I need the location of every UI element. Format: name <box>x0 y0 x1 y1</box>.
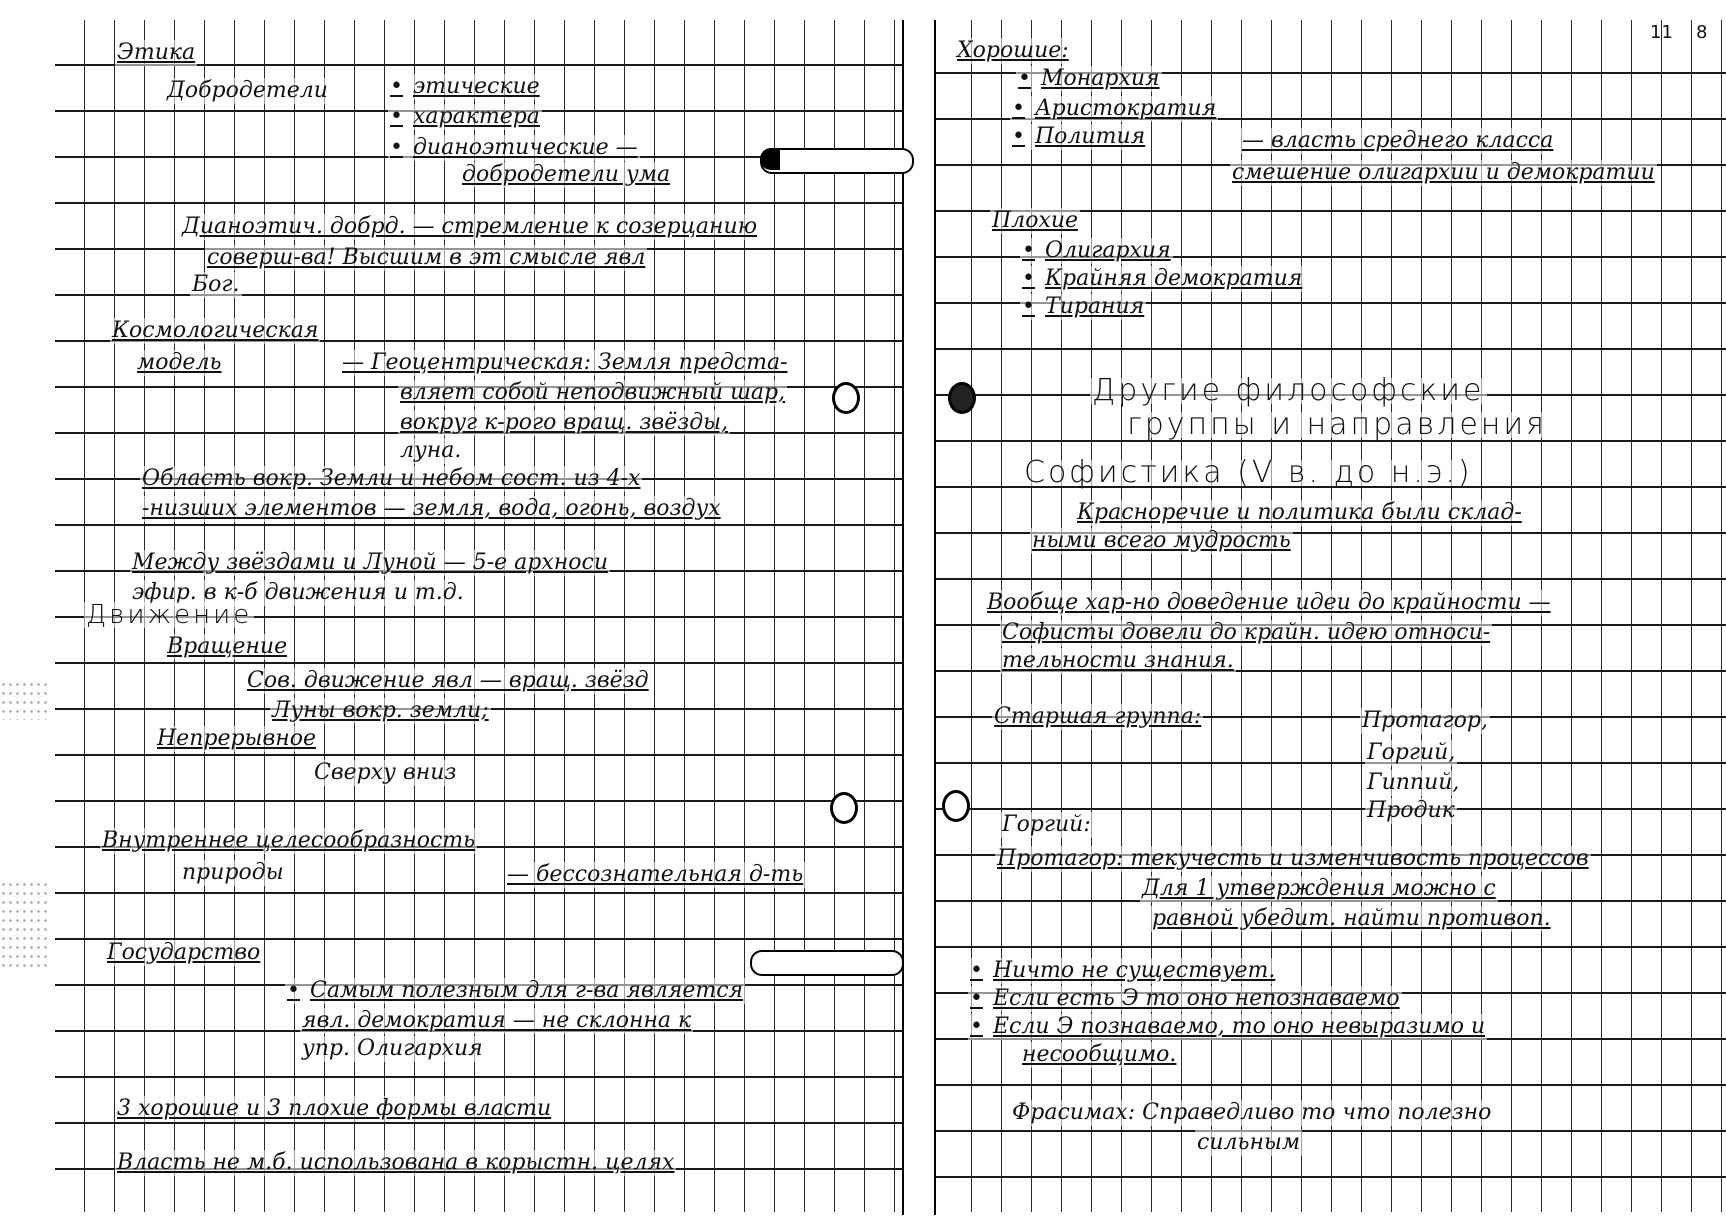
line-incommunicable: несообщимо. <box>1020 1042 1178 1068</box>
line-unconscious: — бессознательная д-ть <box>505 862 805 888</box>
punch-hole <box>832 382 860 414</box>
heading-ethics: Этика <box>115 40 197 66</box>
line-middle-class: — власть среднего класса <box>1240 128 1555 154</box>
bullet-tyranny: Тирания <box>1020 294 1146 320</box>
line-statement: Для 1 утверждения можно с <box>1140 876 1498 902</box>
title-other-schools: Другие философские <box>1090 378 1487 404</box>
line-geocentric-2: вляет собой неподвижный шар, <box>398 380 787 406</box>
name-protagoras: Протагор, <box>1360 708 1490 734</box>
line-four-elements: -низших элементов — земля, вода, огонь, … <box>140 496 723 522</box>
heading-state: Государство <box>105 940 262 966</box>
line-inner-purpose: Внутреннее целесообразность <box>100 828 477 854</box>
bullet-unknowable: Если есть Э то оно непознаваемо <box>968 986 1402 1012</box>
line-dianoetic-def: Дианоэтич. добрд. — стремление к созерца… <box>180 214 759 240</box>
title-sophistry: Софистика (V в. до н.э.) <box>1022 460 1475 486</box>
bullet-ethical: этические <box>388 74 542 100</box>
line-gorgias-label: Горгий: <box>1000 812 1093 838</box>
line-nature: природы <box>180 860 286 886</box>
line-mixed-rule: смешение олигархии и демократии <box>1230 160 1657 186</box>
line-power-misuse: Власть не м.б. использована в корыстн. ц… <box>115 1150 676 1176</box>
binding-spine <box>902 20 936 1215</box>
line-geocentric: — Геоцентрическая: Земля предста- <box>340 350 790 376</box>
bullet-nothing-exists: Ничто не существует. <box>968 958 1277 984</box>
name-hippias: Гиппий, <box>1365 770 1461 796</box>
line-eloquence: Красноречие и политика были склад- <box>1075 500 1524 526</box>
bullet-oligarchy: Олигархия <box>1020 238 1173 264</box>
line-wisdom: ными всего мудрость <box>1030 528 1293 554</box>
bullet-aristocracy: Аристократия <box>1010 96 1218 122</box>
line-relativity: Софисты довели до крайн. идею относи- <box>1000 620 1492 646</box>
binder-ring-bottom <box>750 950 904 976</box>
bullet-inexpressible: Если Э познаваемо, то оно невыразимо и <box>968 1014 1487 1040</box>
line-fifth-element: Между звёздами и Луной — 5-е архноси <box>130 550 610 576</box>
line-oligarchy: упр. Олигархия <box>300 1036 485 1062</box>
title-other-schools-2: группы и направления <box>1125 412 1549 438</box>
line-democracy: явл. демократия — не склонна к <box>300 1008 693 1034</box>
page-number: 11 <box>1650 22 1673 43</box>
bullet-monarchy: Монархия <box>1016 66 1162 92</box>
line-moon-earth: Луны вокр. земли; <box>270 698 491 724</box>
line-earth-region: Область вокр. Земли и небом сост. из 4-х <box>140 466 642 492</box>
line-geocentric-4: луна. <box>398 438 463 464</box>
bullet-extreme-democracy: Крайняя демократия <box>1020 266 1304 292</box>
line-model: модель <box>135 350 223 376</box>
line-protagoras-fluidity: Протагор: текучесть и изменчивость проце… <box>995 846 1591 872</box>
line-forms-of-power: 3 хорошие и 3 плохие формы власти <box>115 1096 553 1122</box>
line-rotation: Вращение <box>165 634 289 660</box>
bullet-polity: Полития <box>1010 124 1147 150</box>
heading-cosmology: Космологическая <box>110 318 320 344</box>
line-perfection: соверш-ва! Высшим в эт смысле явл <box>205 245 647 271</box>
punch-hole <box>942 790 970 822</box>
heading-elder-group: Старшая группа: <box>992 704 1203 730</box>
line-continuous: Непрерывное <box>155 726 318 752</box>
bullet-useful-form: Самым полезным для г-ва является <box>285 978 745 1004</box>
line-thrasymachus: Фрасимах: Справедливо то что полезно <box>1010 1100 1493 1126</box>
punch-hole <box>830 792 858 824</box>
heading-good-forms: Хорошие: <box>955 38 1071 64</box>
punch-hole <box>948 382 976 414</box>
line-stars-rotation: Сов. движение явл — вращ. звёзд <box>245 668 651 694</box>
name-prodicus: Продик <box>1365 798 1457 824</box>
heading-bad-forms: Плохие <box>990 208 1080 234</box>
scan-noise <box>0 680 50 720</box>
bullet-dianoetic: дианоэтические — <box>388 135 640 161</box>
line-knowledge: тельности знания. <box>1000 648 1236 674</box>
line-strong: сильным <box>1195 1130 1302 1156</box>
heading-motion: Движение <box>84 602 254 628</box>
corner-mark: 8 <box>1696 22 1707 43</box>
scan-noise <box>0 880 50 970</box>
line-opposite: равной убедит. найти противоп. <box>1150 906 1553 932</box>
bullet-character: характера <box>388 104 542 130</box>
line-god: Бог. <box>190 272 242 298</box>
line-virtues: Добродетели <box>165 78 330 104</box>
binder-ring-top <box>760 148 914 174</box>
line-top-down: Сверху вниз <box>312 760 458 786</box>
notebook-spread: 11 8 Этика Добродетели этические характе… <box>0 0 1726 1232</box>
name-gorgias: Горгий, <box>1365 740 1457 766</box>
line-geocentric-3: вокруг к-рого вращ. звёзды, <box>398 410 730 436</box>
line-extremes: Вообще хар-но доведение идеи до крайност… <box>985 590 1553 616</box>
line-mind-virtues: добродетели ума <box>460 162 672 188</box>
